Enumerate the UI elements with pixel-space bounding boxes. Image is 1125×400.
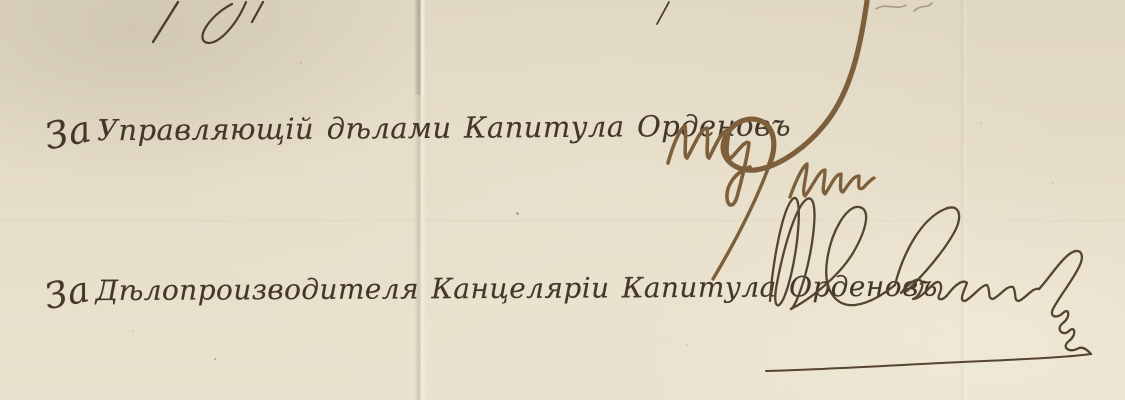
title-text: Дѣлопроизводителя Канцеляріи Капитула Ор…	[95, 270, 937, 307]
paper-speck	[980, 122, 982, 124]
title-text: Управляющій дѣлами Капитула Орденовъ	[97, 108, 791, 147]
paper-fold-crease-right	[958, 0, 968, 400]
top-edge-faint-fragment	[876, 3, 932, 11]
title-line-deloproizvoditel: ЗаДѣлопроизводителя Канцеляріи Капитула …	[44, 264, 938, 310]
title-line-upravlyayushchiy: ЗаУправляющій дѣлами Капитула Орденовъ	[44, 101, 791, 149]
za-prefix: За	[41, 107, 95, 158]
paper-speck	[300, 62, 302, 64]
top-edge-writing-fragment	[153, 2, 669, 43]
paper-fold-crease-horizontal	[0, 218, 1125, 226]
paper-speck	[686, 344, 688, 346]
document-page: ЗаУправляющій дѣлами Капитула Орденовъ З…	[0, 0, 1125, 400]
paper-speck	[516, 212, 519, 215]
ink-strokes-layer	[0, 0, 1125, 400]
paper-speck	[132, 330, 134, 332]
paper-fold-crease-center	[414, 0, 426, 400]
za-prefix: За	[41, 269, 93, 318]
paper-speck	[214, 358, 216, 360]
paper-speck	[1052, 182, 1054, 184]
